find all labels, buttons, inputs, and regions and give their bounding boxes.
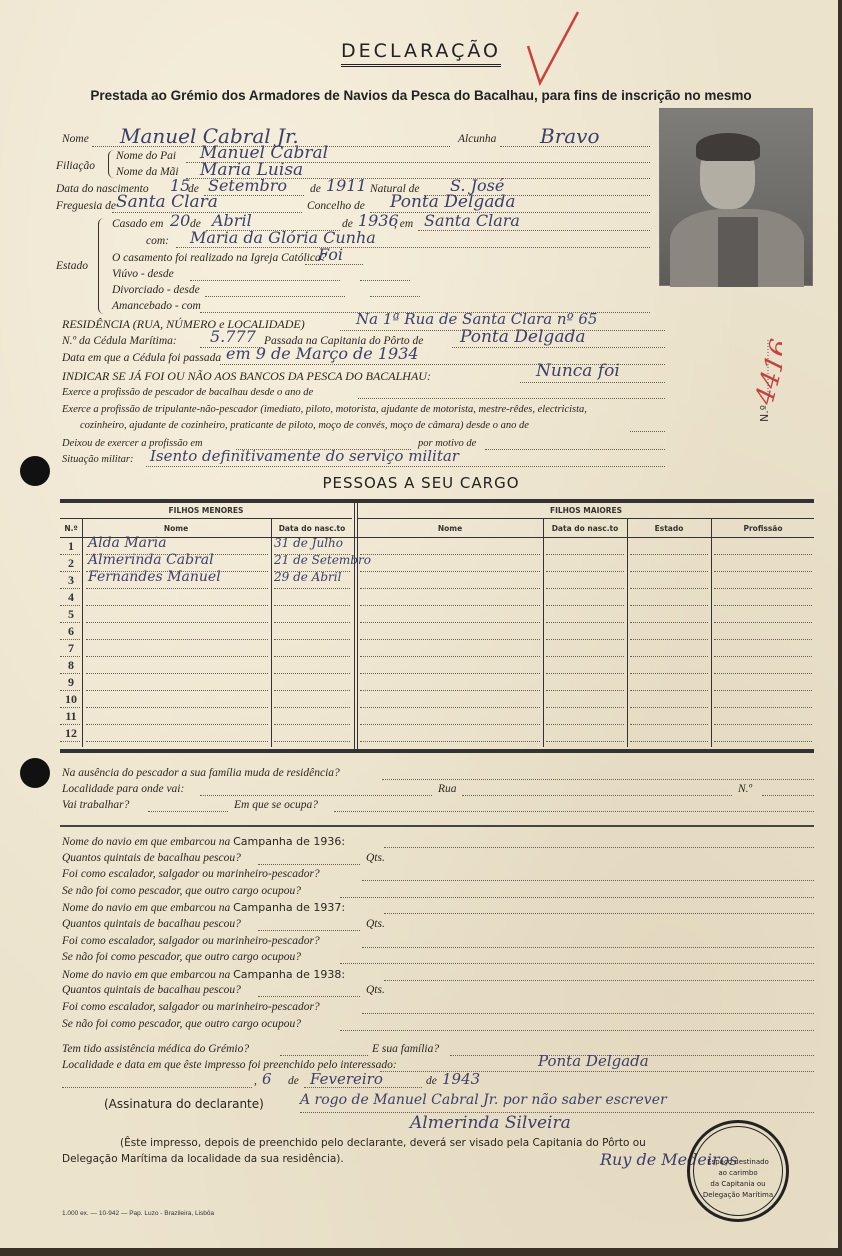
quintals-field[interactable] [258,930,360,931]
with-label: com: [146,235,169,247]
minor-name-cell[interactable]: Almerinda Cabral [88,552,214,568]
col-adult-status: Estado [628,524,710,533]
church-field[interactable]: Foi [318,245,343,264]
qts-label: Qts. [366,918,385,930]
signature-label: (Assinatura do declarante) [104,1097,264,1111]
military-label: Situação militar: [62,454,133,465]
minor-birth-cell[interactable]: 31 de Julho [274,536,343,550]
filiation-label: Filiação [56,160,95,172]
nickname-field[interactable]: Bravo [540,124,600,148]
parish-field[interactable]: Santa Clara [116,192,218,212]
council-label: Concelho de [307,200,365,212]
occupation-label: Em que se ocupa? [234,799,318,811]
minor-name-cell[interactable]: Alda Maria [88,535,167,551]
minor-birth-cell[interactable]: 21 de Setembro [274,553,371,567]
birth-month-field[interactable]: Setembro [208,176,287,195]
father-label: Nome do Pai [116,150,176,162]
qts-label: Qts. [366,984,385,996]
maritime-stamp: Espaço destinado ao carimbo da Capitania… [687,1120,789,1222]
row-number: 2 [61,556,81,571]
residence-label: RESIDÊNCIA (RUA, NÚMERO e LOCALIDADE) [62,317,305,332]
family-medical-label: E sua família? [372,1043,439,1055]
role-label: Foi como escalador, salgador ou marinhei… [62,868,320,880]
role-label: Foi como escalador, salgador ou marinhei… [62,935,320,947]
marital-status-label: Estado [56,260,88,272]
witness-signature: Almerinda Silveira [410,1113,571,1133]
cedula-date-label: Data em que a Cédula foi passada [62,352,221,364]
banks-field[interactable]: Nunca foi [536,361,620,381]
instruction-note-line2: Delegação Marítima da localidade da sua … [62,1153,344,1165]
campaign-year: Campanha de 1938: [233,968,345,981]
col-number: N.º [60,524,82,533]
medical-label: Tem tido assistência médica do Grémio? [62,1043,249,1055]
cedula-date-field[interactable]: em 9 de Março de 1934 [226,344,419,363]
em-label: , em [394,218,413,230]
name-label: Nome [62,133,89,145]
quintals-label: Quantos quintais de bacalhau pescou? [62,984,241,996]
locality-label: Localidade para onde vai: [62,783,184,795]
dependents-table: FILHOS MENORES FILHOS MAIORES N.º Nome D… [60,499,814,753]
married-label: Casado em [112,218,163,230]
row-number: 12 [61,726,81,741]
role-field[interactable] [362,880,814,881]
crew-label-line1: Exerce a profissão de tripulante-não-pes… [62,404,587,415]
month-field[interactable]: Fevereiro [310,1070,383,1088]
quintals-label: Quantos quintais de bacalhau pescou? [62,852,241,864]
adults-header: FILHOS MAIORES [358,506,814,515]
row-number: 8 [61,658,81,673]
document-subtitle: Prestada ao Grémio dos Armadores de Navi… [0,88,842,103]
minor-birth-cell[interactable]: 29 de Abril [274,570,341,584]
other-role-label: Se não foi como pescador, que outro carg… [62,951,301,963]
year-field[interactable]: 1943 [442,1070,480,1088]
signature-field[interactable]: A rogo de Manuel Cabral Jr. por não sabe… [300,1092,667,1108]
work-label: Vai trabalhar? [62,799,129,811]
place-field[interactable]: Ponta Delgada [538,1052,649,1070]
col-adult-profession: Profissão [712,524,814,533]
role-label: Foi como escalador, salgador ou marinhei… [62,1001,320,1013]
declaration-form: DECLARAÇÃO Prestada ao Grémio dos Armado… [0,0,838,1248]
other-role-label: Se não foi como pescador, que outro carg… [62,1018,301,1030]
de-label: de [310,183,321,195]
other-role-field[interactable] [340,963,814,964]
campaign-year: Campanha de 1936: [233,835,345,848]
printer-imprint: 1.000 ex. — 10-942 — Pap. Luzo - Brazile… [62,1210,214,1217]
quintals-field[interactable] [258,996,360,997]
family-move-label: Na ausência do pescador a sua família mu… [62,767,340,779]
ship-label: Nome do navio em que embarcou na [62,902,230,914]
campaign-year: Campanha de 1937: [233,901,345,914]
row-number: 6 [61,624,81,639]
svg-text:N.º: N.º [758,405,771,422]
council-field[interactable]: Ponta Delgada [390,192,515,212]
row-number: 1 [61,539,81,554]
cedula-label: N.º da Cédula Marítima: [62,335,177,347]
binder-hole-bottom [20,758,50,788]
minors-header: FILHOS MENORES [60,506,352,515]
quintals-label: Quantos quintais de bacalhau pescou? [62,918,241,930]
row-number: 10 [61,692,81,707]
widower-label: Viúvo - desde [112,268,174,280]
ship-field[interactable] [384,913,814,914]
row-number: 5 [61,607,81,622]
row-number: 7 [61,641,81,656]
ship-field[interactable] [384,980,814,981]
document-title: DECLARAÇÃO [0,40,842,62]
dependents-title: PESSOAS A SEU CARGO [0,474,842,492]
married-place-field[interactable]: Santa Clara [424,211,520,230]
nickname-label: Alcunha [458,133,496,145]
instruction-note-line1: (Êste impresso, depois de preenchido pel… [120,1137,646,1149]
ship-label: Nome do navio em que embarcou na [62,836,230,848]
col-minor-name: Nome [82,524,270,533]
port-field[interactable]: Ponta Delgada [460,327,585,347]
day-field[interactable]: 6 [262,1070,272,1088]
other-role-field[interactable] [340,1030,814,1031]
other-role-field[interactable] [340,897,814,898]
row-number: 9 [61,675,81,690]
divorced-label: Divorciado - desde [112,284,200,296]
ship-label: Nome do navio em que embarcou na [62,969,230,981]
parish-label: Freguesia de [56,200,116,212]
house-number-label: N.º [738,783,752,795]
de-label: de [288,1075,299,1087]
banks-label: INDICAR SE JÁ FOI OU NÃO AOS BANCOS DA P… [62,369,431,384]
spouse-field[interactable]: Maria da Glória Cunha [190,228,376,247]
row-number: 3 [61,573,81,588]
other-role-label: Se não foi como pescador, que outro carg… [62,885,301,897]
portrait-photo [659,108,813,286]
quintals-field[interactable] [258,864,360,865]
de-label: de [426,1075,437,1087]
married-day-field[interactable]: 20 [170,211,190,230]
role-field[interactable] [362,1013,814,1014]
cohabiting-label: Amancebado - com [112,300,201,312]
col-adult-name: Nome [358,524,542,533]
col-adult-birth: Data do nasc.to [544,524,626,533]
row-number: 11 [61,709,81,724]
birth-year-field[interactable]: 1911 [326,176,367,195]
minor-name-cell[interactable]: Fernandes Manuel [88,569,221,585]
qts-label: Qts. [366,852,385,864]
ship-field[interactable] [384,847,814,848]
comma-label: , [254,1075,257,1087]
military-field[interactable]: Isento definitivamente do serviço milita… [150,447,459,465]
crew-label-line2: cozinheiro, ajudante de cozinheiro, prat… [80,420,529,431]
fisher-since-label: Exerce a profissão de pescador de bacalh… [62,387,313,398]
role-field[interactable] [362,947,814,948]
svg-text:4416: 4416 [750,336,782,409]
street-label: Rua [438,783,457,795]
residence-field[interactable]: Na 1ª Rua de Santa Clara nº 65 [356,310,597,328]
church-label: O casamento foi realizado na Igreja Cató… [112,252,326,264]
row-number: 4 [61,590,81,605]
col-minor-birth: Data do nasc.to [272,524,352,533]
registration-number-stamp: N.º 4416 [742,318,782,428]
